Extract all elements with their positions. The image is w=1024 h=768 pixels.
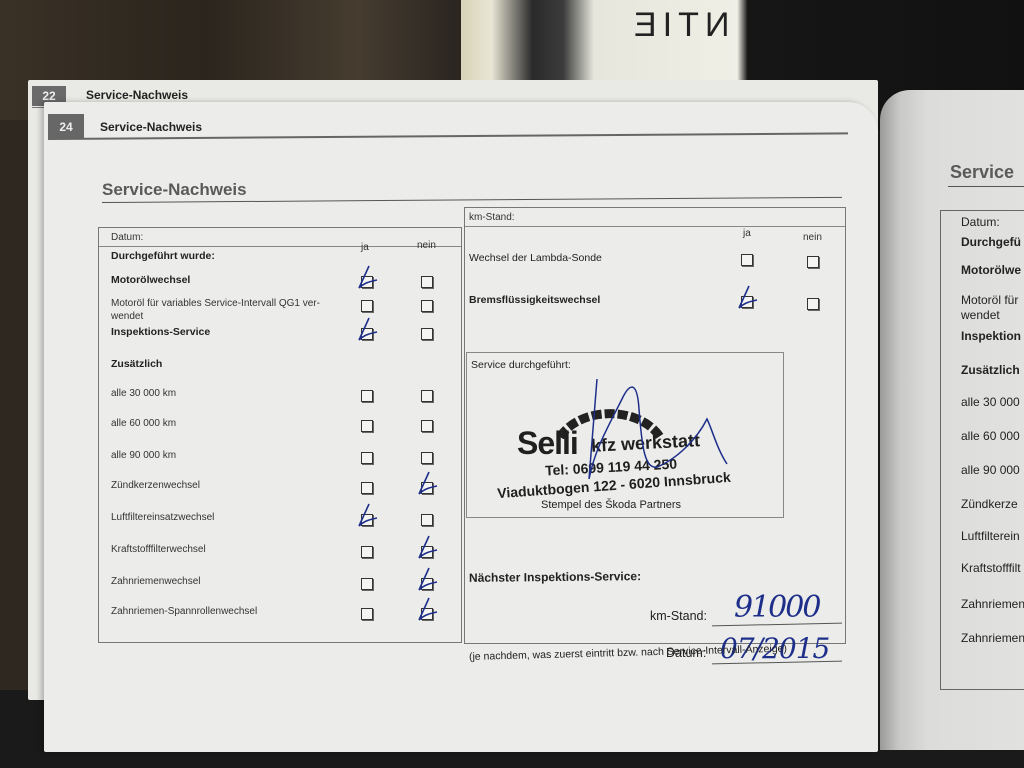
background-booklet-cover-text: NTIE (628, 6, 729, 45)
col-yes: ja (361, 242, 369, 253)
checklist-item-label: Motoröl für variables Service-Intervall … (111, 298, 320, 309)
km-label: km-Stand: (469, 212, 515, 223)
checkbox-nein[interactable] (421, 452, 433, 464)
performed-label: Durchgeführt wurde: (111, 250, 215, 262)
service-stamp-box: Service durchgeführt: Selli kfz werkstat… (466, 352, 784, 518)
date-line (99, 246, 461, 247)
checkmark-icon (415, 472, 439, 496)
facing-row-label: alle 30 000 (961, 395, 1020, 409)
facing-row-label: Inspektion (961, 329, 1021, 343)
checkmark-icon (415, 598, 439, 622)
checklist-item-label: Zusätzlich (111, 358, 162, 370)
checklist-item-label: Zündkerzenwechsel (111, 480, 200, 491)
facing-title-rule (948, 186, 1024, 187)
page-title: Service-Nachweis (102, 180, 247, 200)
next-km-label: km-Stand: (650, 609, 707, 623)
facing-row-label: alle 60 000 (961, 429, 1020, 443)
checklist-item-label: alle 90 000 km (111, 450, 176, 461)
checkbox-ja[interactable] (361, 390, 373, 402)
page-header: Service-Nachweis (100, 120, 202, 134)
facing-row-label: Luftfilterein (961, 529, 1020, 543)
checkbox-nein[interactable] (421, 420, 433, 432)
facing-row-label: Durchgefü (961, 235, 1021, 249)
facing-row-label: Kraftstofffilt (961, 561, 1021, 575)
facing-row-label: Zahnriemen (961, 597, 1024, 611)
checkbox-ja[interactable] (361, 420, 373, 432)
facing-row-label: Motorölwe (961, 263, 1021, 277)
next-service-title: Nächster Inspektions-Service: (469, 569, 641, 585)
checkbox-nein[interactable] (421, 514, 433, 526)
col-no: nein (803, 232, 822, 243)
checklist-item-label: wendet (111, 311, 143, 322)
checkbox-nein[interactable] (807, 256, 819, 268)
checkbox-ja[interactable] (361, 482, 373, 494)
facing-checklist: Datum:DurchgefüMotorölweMotoröl fürwende… (940, 210, 1024, 690)
checklist-item-label: Inspektions-Service (111, 326, 210, 338)
facing-row-label: Datum: (961, 215, 1000, 229)
signature-icon (567, 369, 767, 489)
checklist-item-label: Motorölwechsel (111, 274, 190, 286)
checkbox-ja[interactable] (741, 254, 753, 266)
checklist-item-label: Zahnriemenwechsel (111, 576, 201, 587)
checkbox-nein[interactable] (421, 390, 433, 402)
checkbox-nein[interactable] (421, 300, 433, 312)
checklist-item-label: alle 30 000 km (111, 388, 176, 399)
service-done-label: Service durchgeführt: (471, 359, 571, 371)
service-checklist-left: Datum: Durchgeführt wurde: ja nein Motor… (98, 227, 462, 643)
checklist-item-label: Luftfiltereinsatzwechsel (111, 512, 214, 523)
facing-row-label: Zahnriemen (961, 631, 1024, 645)
checkbox-nein[interactable] (421, 328, 433, 340)
checkbox-ja[interactable] (361, 608, 373, 620)
checkmark-icon (355, 504, 379, 528)
km-line (465, 226, 845, 227)
checklist-item-label: Bremsflüssigkeitswechsel (469, 294, 600, 306)
checkbox-nein[interactable] (421, 276, 433, 288)
checkmark-icon (415, 568, 439, 592)
facing-row-label: alle 90 000 (961, 463, 1020, 477)
facing-row-label: wendet (961, 308, 1000, 322)
checklist-item-label: alle 60 000 km (111, 418, 176, 429)
checkbox-ja[interactable] (361, 452, 373, 464)
checklist-item-label: Wechsel der Lambda-Sonde (469, 252, 602, 264)
checklist-item-label: Kraftstofffilterwechsel (111, 544, 206, 555)
facing-row-label: Zündkerze (961, 497, 1018, 511)
page-header: Service-Nachweis (86, 88, 188, 102)
checklist-item-label: Zahnriemen-Spannrollenwechsel (111, 606, 257, 617)
checkbox-ja[interactable] (361, 578, 373, 590)
checkbox-ja[interactable] (361, 300, 373, 312)
facing-page-title: Service (950, 162, 1014, 183)
next-km-value: 91000 (734, 590, 819, 625)
facing-row-label: Motoröl für (961, 293, 1018, 307)
checkbox-ja[interactable] (361, 546, 373, 558)
col-yes: ja (743, 228, 751, 239)
service-record-page: 24 Service-Nachweis Service-Nachweis Dat… (44, 102, 878, 752)
checkmark-icon (355, 266, 379, 290)
facing-page: Service Datum:DurchgefüMotorölweMotoröl … (880, 90, 1024, 750)
facing-row-label: Zusätzlich (961, 363, 1020, 377)
checkbox-nein[interactable] (807, 298, 819, 310)
stamp-caption: Stempel des Škoda Partners (541, 499, 681, 511)
date-label: Datum: (111, 232, 143, 243)
checkmark-icon (355, 318, 379, 342)
col-no: nein (417, 240, 436, 251)
checkmark-icon (735, 286, 759, 310)
page-number-tab: 24 (48, 114, 84, 138)
checkmark-icon (415, 536, 439, 560)
